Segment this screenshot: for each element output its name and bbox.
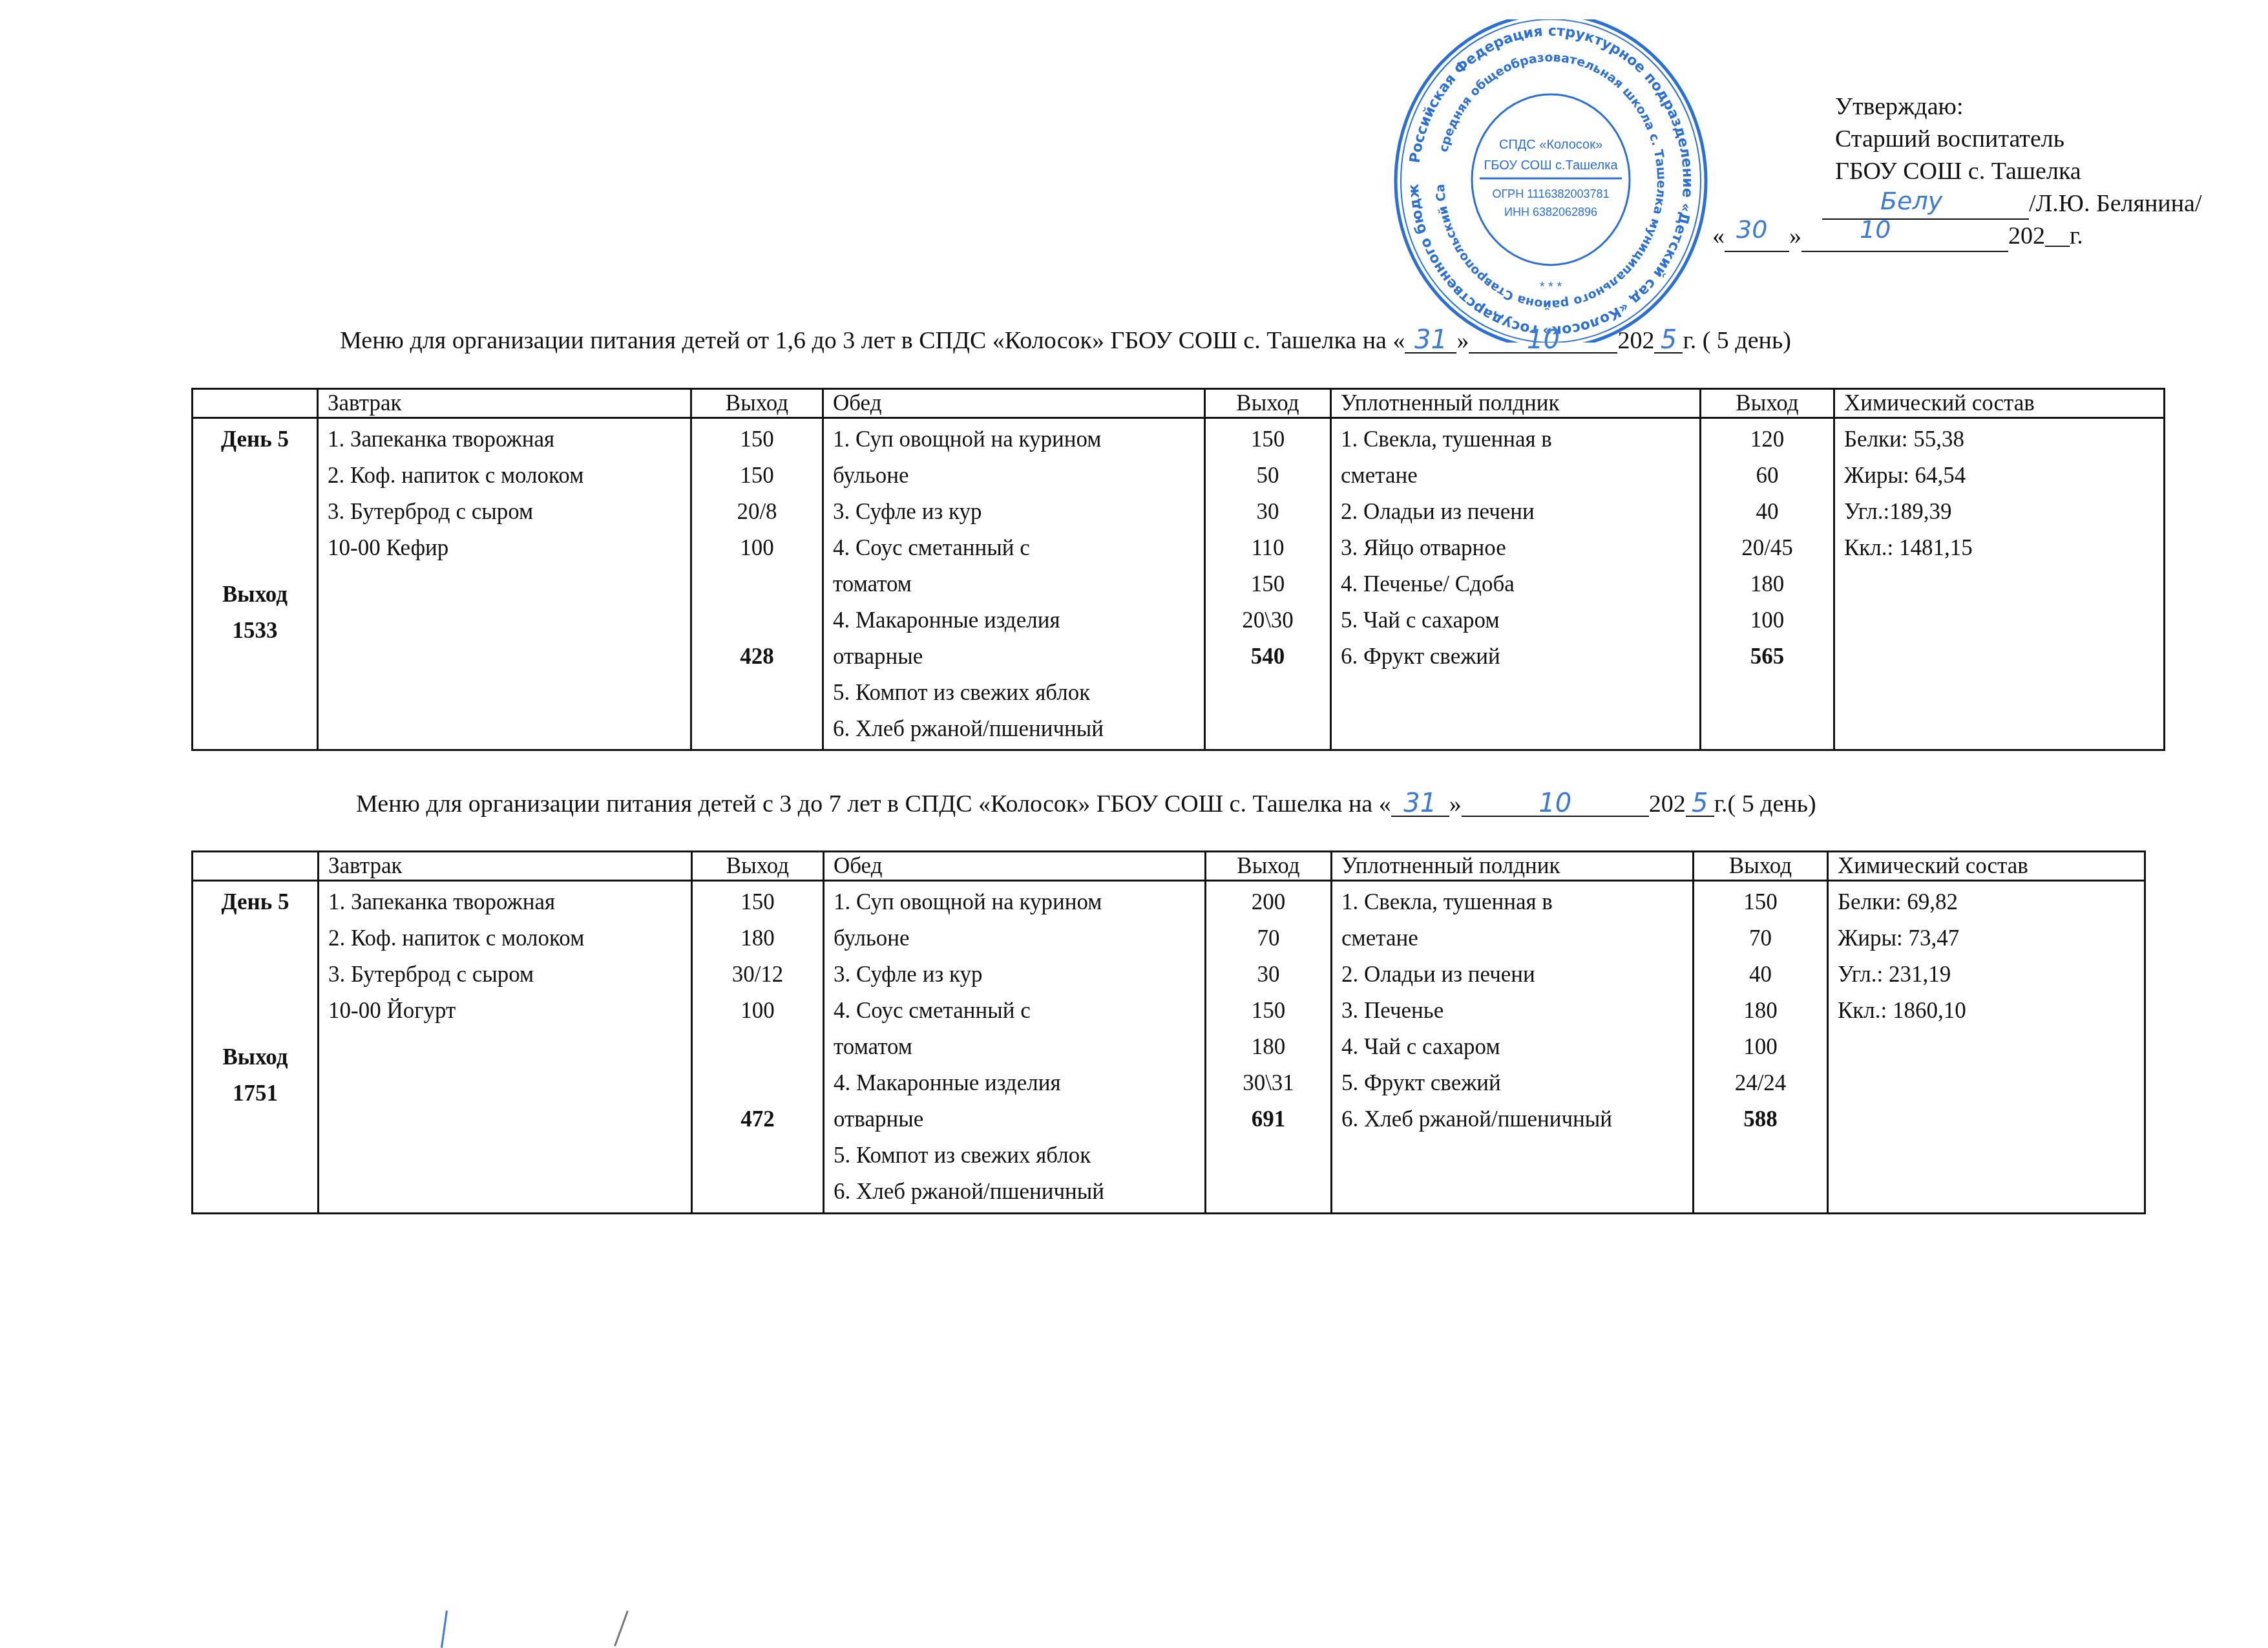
snack-item: 4. Чай с сахаром bbox=[1341, 1029, 1683, 1065]
snack-item: 3. Яйцо отварное bbox=[1341, 530, 1690, 566]
lunch-out-item: 50 bbox=[1215, 458, 1321, 494]
table-row: День 5 Выход 1533 1. Запеканка творожная… bbox=[193, 418, 2165, 750]
menu-title-suffix: г.( 5 день) bbox=[1714, 790, 1816, 818]
lunch-item: 4. Соус сметанный с bbox=[834, 993, 1195, 1029]
snack-item: 3. Печенье bbox=[1341, 993, 1683, 1029]
breakfast-item: 10-00 Йогурт bbox=[328, 993, 682, 1029]
snack-item: 1. Свекла, тушенная в bbox=[1341, 421, 1690, 458]
snack-item: сметане bbox=[1341, 920, 1683, 956]
stamp-stars: * * * bbox=[1540, 280, 1562, 294]
lunch-out-item: 150 bbox=[1215, 993, 1321, 1029]
breakfast-total: 472 bbox=[702, 1101, 814, 1137]
lunch-item: отварные bbox=[833, 639, 1195, 675]
chem-item: Жиры: 64,54 bbox=[1844, 458, 2154, 494]
menu-month-field[interactable]: 10 bbox=[1462, 791, 1649, 817]
lunch-cell: 1. Суп овощной на куриномбульоне3. Суфле… bbox=[824, 881, 1206, 1214]
lunch-item: 3. Суфле из кур bbox=[833, 494, 1195, 530]
approval-position: Старший воспитатель bbox=[1835, 123, 2201, 155]
column-header: Химический состав bbox=[1834, 389, 2165, 418]
snack-item: сметане bbox=[1341, 458, 1690, 494]
breakfast-item: 2. Коф. напиток с молоком bbox=[328, 920, 682, 956]
snack-out-item: 180 bbox=[1710, 566, 1824, 602]
day-total-label: Выход bbox=[193, 576, 317, 613]
table-row: День 5 Выход 1751 1. Запеканка творожная… bbox=[193, 881, 2145, 1214]
column-header: Завтрак bbox=[319, 852, 692, 881]
column-header: Выход bbox=[1205, 389, 1331, 418]
date-open-quote: « bbox=[1712, 222, 1725, 249]
signer-name: /Л.Ю. Белянина/ bbox=[2029, 190, 2201, 217]
day-total-label: Выход bbox=[193, 1039, 317, 1075]
lunch-out-item: 30 bbox=[1215, 956, 1321, 993]
day-label: День 5 bbox=[202, 884, 308, 920]
day-label: День 5 bbox=[202, 421, 308, 458]
chem-cell: Белки: 69,82Жиры: 73,47Угл.: 231,19Ккл.:… bbox=[1828, 881, 2145, 1214]
menu-quote-close: » bbox=[1449, 790, 1462, 818]
date-close-quote: » bbox=[1789, 222, 1801, 249]
snack-item: 6. Фрукт свежий bbox=[1341, 639, 1690, 675]
snack-cell: 1. Свекла, тушенная всметане2. Оладьи из… bbox=[1331, 418, 1701, 750]
snack-item: 2. Оладьи из печени bbox=[1341, 494, 1690, 530]
breakfast-out-item: 100 bbox=[701, 530, 813, 566]
breakfast-out-cell: 15018030/12100 472 bbox=[692, 881, 824, 1214]
approval-organization: ГБОУ СОШ с. Ташелка bbox=[1835, 155, 2201, 187]
lunch-item: бульоне bbox=[833, 458, 1195, 494]
breakfast-item: 3. Бутерброд с сыром bbox=[328, 956, 682, 993]
breakfast-item: 1. Запеканка творожная bbox=[328, 421, 681, 458]
lunch-cell: 1. Суп овощной на куриномбульоне3. Суфле… bbox=[823, 418, 1205, 750]
snack-item: 5. Чай с сахаром bbox=[1341, 602, 1690, 639]
breakfast-out-item: 100 bbox=[702, 993, 814, 1029]
snack-out-cell: 120604020/45180100565 bbox=[1701, 418, 1834, 750]
day-cell: День 5 Выход 1533 bbox=[193, 418, 318, 750]
column-header: Химический состав bbox=[1828, 852, 2145, 881]
column-header: Обед bbox=[824, 852, 1206, 881]
approval-day-field[interactable]: 30 bbox=[1725, 222, 1789, 252]
approval-block: Утверждаю: Старший воспитатель ГБОУ СОШ … bbox=[1835, 90, 2201, 252]
column-header: Завтрак bbox=[318, 389, 691, 418]
table-header-row: ЗавтракВыходОбедВыходУплотненный полдник… bbox=[193, 852, 2145, 881]
lunch-out-item: 30\31 bbox=[1215, 1065, 1321, 1101]
stamp-center-line4: ИНН 6382062896 bbox=[1504, 206, 1597, 218]
column-header: Выход bbox=[1694, 852, 1828, 881]
menu-title-text: Меню для организации питания детей от 1,… bbox=[340, 327, 1405, 354]
menu-title-text: Меню для организации питания детей с 3 д… bbox=[356, 790, 1391, 818]
snack-out-item: 60 bbox=[1710, 458, 1824, 494]
lunch-item: 5. Компот из свежих яблок bbox=[834, 1137, 1195, 1174]
stamp-center-line1: СПДС «Колосок» bbox=[1499, 138, 1602, 152]
breakfast-cell: 1. Запеканка творожная2. Коф. напиток с … bbox=[319, 881, 692, 1214]
menu-month-field[interactable]: 10 bbox=[1469, 328, 1617, 354]
day-total: Выход 1751 bbox=[193, 1039, 317, 1112]
snack-total: 565 bbox=[1710, 639, 1824, 675]
lunch-out-cell: 150503011015020\30540 bbox=[1205, 418, 1331, 750]
chem-cell: Белки: 55,38Жиры: 64,54Угл.:189,39Ккл.: … bbox=[1834, 418, 2165, 750]
chem-item: Ккл.: 1481,15 bbox=[1844, 530, 2154, 566]
menu-day-field[interactable]: 31 bbox=[1405, 328, 1456, 354]
column-header: Уплотненный полдник bbox=[1332, 852, 1694, 881]
breakfast-total: 428 bbox=[701, 639, 813, 675]
snack-out-item: 24/24 bbox=[1703, 1065, 1818, 1101]
snack-item: 6. Хлеб ржаной/пшеничный bbox=[1341, 1101, 1683, 1137]
pen-mark bbox=[441, 1611, 448, 1648]
lunch-item: 6. Хлеб ржаной/пшеничный bbox=[833, 711, 1195, 747]
lunch-out-item: 30 bbox=[1215, 494, 1321, 530]
lunch-out-cell: 200703015018030\31691 bbox=[1206, 881, 1332, 1214]
breakfast-out-item: 150 bbox=[701, 458, 813, 494]
snack-out-item: 180 bbox=[1703, 993, 1818, 1029]
menu-year-field[interactable]: 5 bbox=[1686, 791, 1714, 817]
snack-total: 588 bbox=[1703, 1101, 1818, 1137]
chem-item: Жиры: 73,47 bbox=[1838, 920, 2135, 956]
menu-title-toddlers: Меню для организации питания детей от 1,… bbox=[340, 326, 1791, 355]
breakfast-out-cell: 15015020/8100 428 bbox=[691, 418, 823, 750]
lunch-out-item: 150 bbox=[1215, 421, 1321, 458]
handwritten-signature: Белу bbox=[1880, 185, 1942, 217]
lunch-out-item: 110 bbox=[1215, 530, 1321, 566]
menu-title-suffix: г. ( 5 день) bbox=[1683, 327, 1790, 354]
lunch-item: 3. Суфле из кур bbox=[834, 956, 1195, 993]
snack-cell: 1. Свекла, тушенная всметане2. Оладьи из… bbox=[1332, 881, 1694, 1214]
chem-item: Белки: 55,38 bbox=[1844, 421, 2154, 458]
breakfast-item: 1. Запеканка творожная bbox=[328, 884, 682, 920]
breakfast-out-item: 180 bbox=[702, 920, 814, 956]
lunch-item: бульоне bbox=[834, 920, 1195, 956]
lunch-item: томатом bbox=[833, 566, 1195, 602]
column-header: Выход bbox=[692, 852, 824, 881]
lunch-item: 5. Компот из свежих яблок bbox=[833, 675, 1195, 711]
menu-year-prefix: 202 bbox=[1617, 327, 1654, 354]
snack-item: 5. Фрукт свежий bbox=[1341, 1065, 1683, 1101]
snack-out-item: 70 bbox=[1703, 920, 1818, 956]
breakfast-item: 2. Коф. напиток с молоком bbox=[328, 458, 681, 494]
lunch-item: томатом bbox=[834, 1029, 1195, 1065]
column-header: Уплотненный полдник bbox=[1331, 389, 1701, 418]
lunch-item: 1. Суп овощной на курином bbox=[834, 884, 1195, 920]
menu-table-preschool: ЗавтракВыходОбедВыходУплотненный полдник… bbox=[191, 850, 2146, 1214]
chem-item: Угл.: 231,19 bbox=[1838, 956, 2135, 993]
snack-out-item: 120 bbox=[1710, 421, 1824, 458]
approval-heading: Утверждаю: bbox=[1835, 90, 2201, 123]
breakfast-out-item: 30/12 bbox=[702, 956, 814, 993]
pen-mark bbox=[614, 1611, 629, 1647]
table-header-row: ЗавтракВыходОбедВыходУплотненный полдник… bbox=[193, 389, 2165, 418]
breakfast-out-item: 150 bbox=[702, 884, 814, 920]
approval-month-value: 10 bbox=[1860, 213, 1891, 246]
chem-item: Белки: 69,82 bbox=[1838, 884, 2135, 920]
column-header: Выход bbox=[1206, 852, 1332, 881]
signature-field[interactable]: Белу bbox=[1822, 190, 2029, 220]
column-header: Выход bbox=[1701, 389, 1834, 418]
menu-year-prefix: 202 bbox=[1649, 790, 1686, 818]
breakfast-item: 3. Бутерброд с сыром bbox=[328, 494, 681, 530]
snack-item: 2. Оладьи из печени bbox=[1341, 956, 1683, 993]
column-header bbox=[193, 852, 319, 881]
breakfast-cell: 1. Запеканка творожная2. Коф. напиток с … bbox=[318, 418, 691, 750]
lunch-total: 540 bbox=[1215, 639, 1321, 675]
day-total: Выход 1533 bbox=[193, 576, 317, 649]
menu-quote-close: » bbox=[1456, 327, 1469, 354]
menu-day-field[interactable]: 31 bbox=[1391, 791, 1449, 817]
stamp-center-line2: ГБОУ СОШ с.Ташелка bbox=[1484, 158, 1618, 173]
stamp-center-line3: ОГРН 1116382003781 bbox=[1492, 187, 1609, 200]
lunch-out-item: 180 bbox=[1215, 1029, 1321, 1065]
lunch-out-item: 70 bbox=[1215, 920, 1321, 956]
breakfast-item: 10-00 Кефир bbox=[328, 530, 681, 566]
snack-out-item: 40 bbox=[1703, 956, 1818, 993]
snack-item: 1. Свекла, тушенная в bbox=[1341, 884, 1683, 920]
chem-item: Ккл.: 1860,10 bbox=[1838, 993, 2135, 1029]
snack-item: 4. Печенье/ Сдоба bbox=[1341, 566, 1690, 602]
menu-year-field[interactable]: 5 bbox=[1654, 328, 1683, 354]
day-total-value: 1751 bbox=[193, 1075, 317, 1112]
snack-out-item: 150 bbox=[1703, 884, 1818, 920]
lunch-out-item: 150 bbox=[1215, 566, 1321, 602]
lunch-item: 4. Макаронные изделия bbox=[833, 602, 1195, 639]
snack-out-cell: 150704018010024/24588 bbox=[1694, 881, 1828, 1214]
menu-title-preschool: Меню для организации питания детей с 3 д… bbox=[356, 790, 1816, 818]
organization-stamp: Российская Федерация структурное подразд… bbox=[1389, 19, 1712, 343]
lunch-out-item: 20\30 bbox=[1215, 602, 1321, 639]
lunch-item: 6. Хлеб ржаной/пшеничный bbox=[834, 1174, 1195, 1210]
chem-item: Угл.:189,39 bbox=[1844, 494, 2154, 530]
snack-out-item: 100 bbox=[1703, 1029, 1818, 1065]
lunch-item: 4. Макаронные изделия bbox=[834, 1065, 1195, 1101]
lunch-item: 1. Суп овощной на курином bbox=[833, 421, 1195, 458]
lunch-out-item: 200 bbox=[1215, 884, 1321, 920]
column-header bbox=[193, 389, 318, 418]
day-cell: День 5 Выход 1751 bbox=[193, 881, 319, 1214]
day-total-value: 1533 bbox=[193, 613, 317, 649]
breakfast-out-item: 150 bbox=[701, 421, 813, 458]
approval-day-value: 30 bbox=[1736, 213, 1767, 246]
snack-out-item: 40 bbox=[1710, 494, 1824, 530]
breakfast-out-item: 20/8 bbox=[701, 494, 813, 530]
lunch-item: 4. Соус сметанный с bbox=[833, 530, 1195, 566]
column-header: Обед bbox=[823, 389, 1205, 418]
snack-out-item: 20/45 bbox=[1710, 530, 1824, 566]
lunch-total: 691 bbox=[1215, 1101, 1321, 1137]
approval-month-field[interactable]: 10 bbox=[1801, 222, 2008, 252]
lunch-item: отварные bbox=[834, 1101, 1195, 1137]
snack-out-item: 100 bbox=[1710, 602, 1824, 639]
approval-year: 202__г. bbox=[2008, 222, 2083, 249]
menu-table-toddlers: ЗавтракВыходОбедВыходУплотненный полдник… bbox=[191, 388, 2165, 751]
column-header: Выход bbox=[691, 389, 823, 418]
